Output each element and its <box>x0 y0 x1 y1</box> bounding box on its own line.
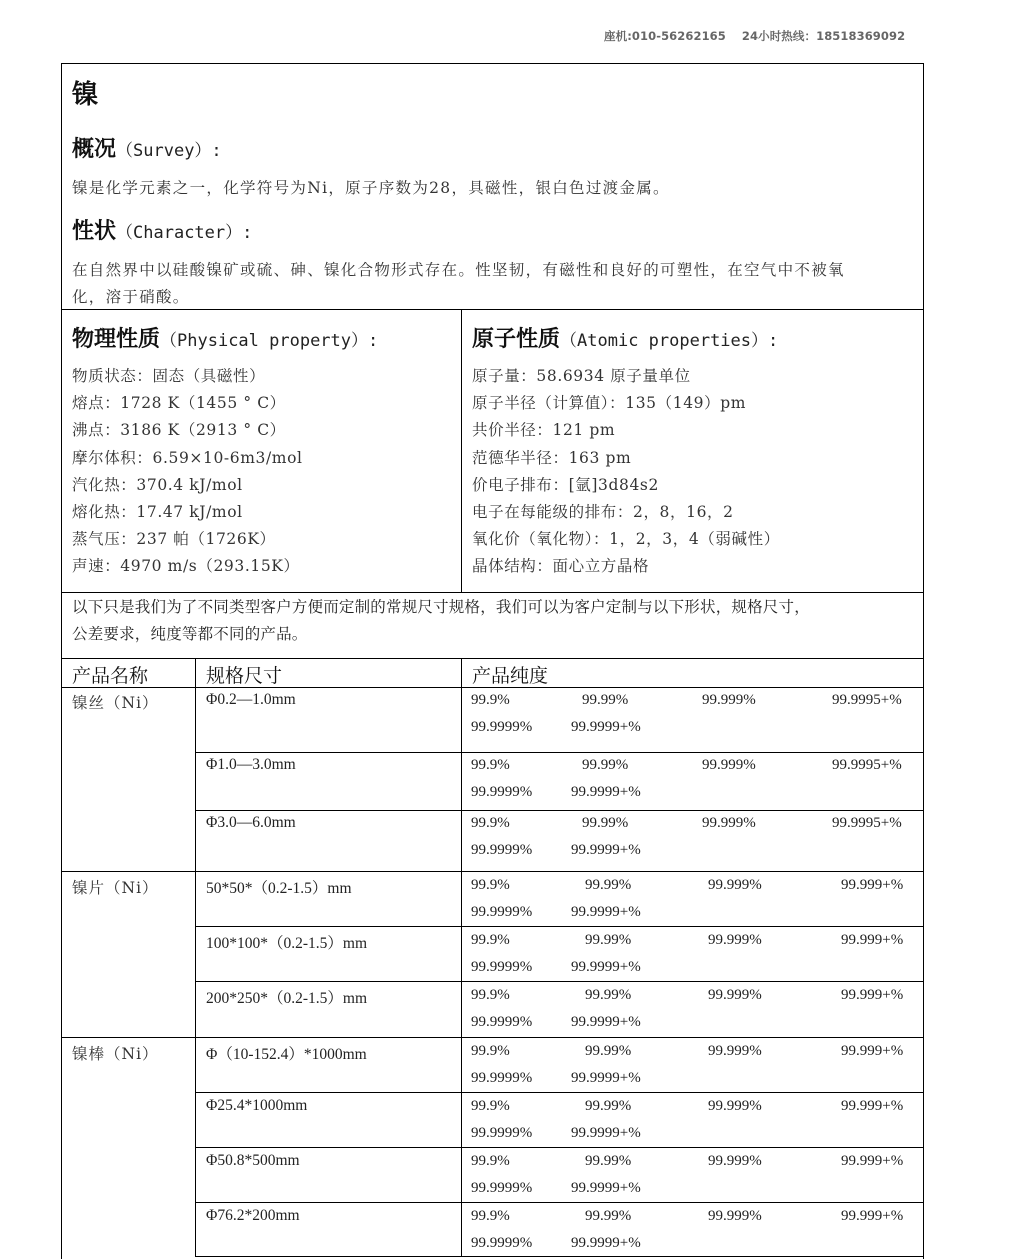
purity-value: 99.999% <box>708 987 762 1004</box>
purity-value: 99.9999+% <box>571 904 641 921</box>
physical-heading: 物理性质（Physical property）: <box>72 322 378 353</box>
physical-list: 物质状态：固态（具磁性） 熔点：1728 K（1455 ° C） 沸点：3186… <box>72 363 303 581</box>
purity-value: 99.9999+% <box>571 959 641 976</box>
contact-bar: 座机:010-5626216524小时热线：18518369092 <box>604 28 921 44</box>
survey-text: 镍是化学元素之一，化学符号为Ni，原子序数为28，具磁性，银白色过渡金属。 <box>72 176 670 198</box>
purity-value: 99.9995+% <box>832 815 902 832</box>
purity-value: 99.9999+% <box>571 719 641 736</box>
col-header-purity: 产品纯度 <box>472 661 548 688</box>
purity-value: 99.999% <box>708 1153 762 1170</box>
product-name-rod: 镍棒（Ni） <box>72 1042 159 1064</box>
purity-value: 99.9999+% <box>571 784 641 801</box>
spec-cell: 50*50*（0.2-1.5）mm <box>206 876 352 898</box>
row-divider <box>195 1256 923 1257</box>
atomic-heading: 原子性质（Atomic properties）: <box>472 322 778 353</box>
physical-item: 蒸气压：237 帕（1726K） <box>72 526 303 553</box>
purity-value: 99.999+% <box>841 932 903 949</box>
purity-value: 99.999+% <box>841 877 903 894</box>
purity-value: 99.99% <box>585 932 631 949</box>
physical-item: 物质状态：固态（具磁性） <box>72 363 303 390</box>
physical-heading-cn: 物理性质 <box>72 326 160 352</box>
purity-value: 99.99% <box>585 1043 631 1060</box>
purity-value: 99.9999+% <box>571 1235 641 1252</box>
purity-value: 99.9% <box>471 1098 510 1115</box>
atomic-item: 原子半径（计算值）：135（149）pm <box>472 390 780 417</box>
purity-value: 99.9999% <box>471 784 532 801</box>
purity-value: 99.99% <box>585 987 631 1004</box>
purity-value: 99.999+% <box>841 1043 903 1060</box>
divider <box>62 592 923 593</box>
purity-value: 99.999% <box>708 932 762 949</box>
purity-value: 99.999% <box>708 1208 762 1225</box>
purity-value: 99.9999% <box>471 719 532 736</box>
purity-value: 99.9% <box>471 987 510 1004</box>
row-divider <box>195 752 923 753</box>
divider <box>62 309 923 310</box>
spec-cell: Φ50.8*500mm <box>206 1152 300 1170</box>
col-header-spec: 规格尺寸 <box>206 661 282 688</box>
product-name-wire: 镍丝（Ni） <box>72 691 159 713</box>
atomic-list: 原子量：58.6934 原子量单位 原子半径（计算值）：135（149）pm 共… <box>472 363 780 581</box>
character-heading-en: （Character）: <box>116 223 252 243</box>
purity-value: 99.9999+% <box>571 1125 641 1142</box>
divider <box>195 658 196 1256</box>
purity-value: 99.9% <box>471 932 510 949</box>
atomic-item: 氧化价（氧化物）：1，2，3，4（弱碱性） <box>472 526 780 553</box>
divider <box>461 309 462 592</box>
spec-cell: Φ3.0—6.0mm <box>206 814 296 832</box>
page-title: 镍 <box>72 74 98 111</box>
purity-value: 99.9999% <box>471 1014 532 1031</box>
physical-heading-en: （Physical property）: <box>160 331 378 351</box>
character-heading-cn: 性状 <box>72 218 116 244</box>
purity-value: 99.9% <box>471 1208 510 1225</box>
survey-heading-en: （Survey）: <box>116 141 222 161</box>
spec-cell: Φ1.0—3.0mm <box>206 756 296 774</box>
product-name-sheet: 镍片（Ni） <box>72 876 159 898</box>
purity-value: 99.999+% <box>841 1098 903 1115</box>
row-divider <box>195 810 923 811</box>
purity-value: 99.999% <box>702 815 756 832</box>
purity-value: 99.9999+% <box>571 842 641 859</box>
physical-item: 沸点：3186 K（2913 ° C） <box>72 417 303 444</box>
purity-value: 99.9% <box>471 815 510 832</box>
purity-value: 99.9% <box>471 1043 510 1060</box>
purity-value: 99.99% <box>582 815 628 832</box>
purity-value: 99.999+% <box>841 987 903 1004</box>
spec-cell: Φ0.2—1.0mm <box>206 691 296 709</box>
purity-value: 99.99% <box>585 1098 631 1115</box>
row-divider <box>195 1202 923 1203</box>
custom-notice-line1: 以下只是我们为了不同类型客户方便而定制的常规尺寸规格，我们可以为客户定制与以下形… <box>72 594 810 621</box>
purity-value: 99.9999% <box>471 904 532 921</box>
divider <box>461 658 462 1256</box>
purity-value: 99.9999% <box>471 959 532 976</box>
purity-value: 99.9999+% <box>571 1180 641 1197</box>
spec-cell: Φ（10-152.4）*1000mm <box>206 1042 367 1064</box>
purity-value: 99.9999% <box>471 842 532 859</box>
atomic-heading-cn: 原子性质 <box>472 326 560 352</box>
atomic-heading-en: （Atomic properties）: <box>560 331 778 351</box>
hotline-number: 24小时热线：18518369092 <box>742 29 905 43</box>
purity-value: 99.999+% <box>841 1153 903 1170</box>
row-divider <box>195 981 923 982</box>
custom-notice-line2: 公差要求，纯度等都不同的产品。 <box>72 621 810 648</box>
purity-value: 99.9% <box>471 877 510 894</box>
product-sheet: 镍 概况（Survey）: 镍是化学元素之一，化学符号为Ni，原子序数为28，具… <box>61 63 924 1259</box>
purity-value: 99.9% <box>471 692 510 709</box>
survey-heading-cn: 概况 <box>72 136 116 162</box>
atomic-item: 范德华半径：163 pm <box>472 445 780 472</box>
purity-value: 99.99% <box>585 1208 631 1225</box>
divider <box>62 658 923 659</box>
spec-cell: Φ76.2*200mm <box>206 1207 300 1225</box>
survey-heading: 概况（Survey）: <box>72 132 222 163</box>
physical-item: 汽化热：370.4 kJ/mol <box>72 472 303 499</box>
custom-notice: 以下只是我们为了不同类型客户方便而定制的常规尺寸规格，我们可以为客户定制与以下形… <box>72 594 810 648</box>
purity-value: 99.9999% <box>471 1235 532 1252</box>
landline-number: 座机:010-56262165 <box>604 29 726 43</box>
character-text-line2: 化，溶于硝酸。 <box>72 285 190 307</box>
group-divider <box>62 1037 923 1038</box>
atomic-item: 晶体结构：面心立方晶格 <box>472 553 780 580</box>
spec-cell: 200*250*（0.2-1.5）mm <box>206 986 367 1008</box>
character-heading: 性状（Character）: <box>72 214 252 245</box>
purity-value: 99.999+% <box>841 1208 903 1225</box>
character-text-line1: 在自然界中以硅酸镍矿或硫、砷、镍化合物形式存在。性坚韧，有磁性和良好的可塑性，在… <box>72 258 845 280</box>
purity-value: 99.9995+% <box>832 757 902 774</box>
atomic-item: 原子量：58.6934 原子量单位 <box>472 363 780 390</box>
row-divider <box>195 926 923 927</box>
purity-value: 99.9% <box>471 757 510 774</box>
purity-value: 99.9999+% <box>571 1014 641 1031</box>
col-header-product-name: 产品名称 <box>72 661 148 688</box>
purity-value: 99.99% <box>585 1153 631 1170</box>
row-divider <box>195 1147 923 1148</box>
purity-value: 99.999% <box>708 1043 762 1060</box>
purity-value: 99.999% <box>708 1098 762 1115</box>
divider <box>62 687 923 688</box>
atomic-item: 价电子排布：[氩]3d84s2 <box>472 472 780 499</box>
atomic-item: 共价半径：121 pm <box>472 417 780 444</box>
purity-value: 99.9999% <box>471 1125 532 1142</box>
physical-item: 熔化热：17.47 kJ/mol <box>72 499 303 526</box>
atomic-item: 电子在每能级的排布：2，8，16，2 <box>472 499 780 526</box>
purity-value: 99.9% <box>471 1153 510 1170</box>
purity-value: 99.9999% <box>471 1070 532 1087</box>
purity-value: 99.9995+% <box>832 692 902 709</box>
spec-cell: 100*100*（0.2-1.5）mm <box>206 931 367 953</box>
row-divider <box>195 1092 923 1093</box>
physical-item: 摩尔体积：6.59×10-6m3/mol <box>72 445 303 472</box>
purity-value: 99.9999+% <box>571 1070 641 1087</box>
purity-value: 99.99% <box>582 692 628 709</box>
purity-value: 99.99% <box>582 757 628 774</box>
physical-item: 熔点：1728 K（1455 ° C） <box>72 390 303 417</box>
purity-value: 99.999% <box>702 757 756 774</box>
spec-cell: Φ25.4*1000mm <box>206 1097 307 1115</box>
purity-value: 99.999% <box>702 692 756 709</box>
physical-item: 声速：4970 m/s（293.15K） <box>72 553 303 580</box>
purity-value: 99.999% <box>708 877 762 894</box>
purity-value: 99.9999% <box>471 1180 532 1197</box>
group-divider <box>62 871 923 872</box>
purity-value: 99.99% <box>585 877 631 894</box>
